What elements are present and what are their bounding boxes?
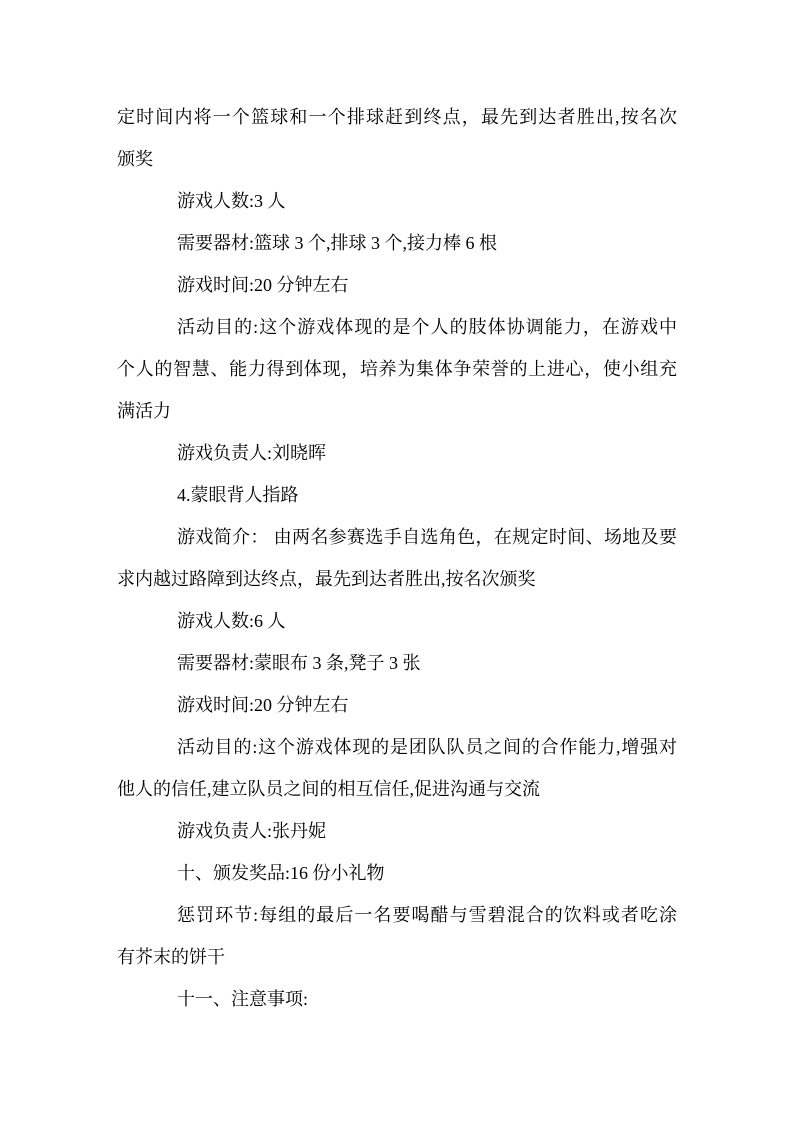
text-line: 游戏负责人:刘晓晖 <box>117 432 677 474</box>
text-line: 需要器材:篮球 3 个,排球 3 个,接力棒 6 根 <box>117 222 677 264</box>
text-line: 需要器材:蒙眼布 3 条,凳子 3 张 <box>117 642 677 684</box>
text-line: 游戏人数:6 人 <box>117 600 677 642</box>
text-line: 他人的信任,建立队员之间的相互信任,促进沟通与交流 <box>117 768 677 810</box>
text-line: 颁奖 <box>117 138 677 180</box>
text-line: 4.蒙眼背人指路 <box>117 474 677 516</box>
text-line: 满活力 <box>117 390 677 432</box>
text-line: 有芥末的饼干 <box>117 936 677 978</box>
text-line: 十、颁发奖品:16 份小礼物 <box>117 852 677 894</box>
text-line: 活动目的:这个游戏体现的是团队队员之间的合作能力,增强对 <box>117 726 677 768</box>
text-line: 活动目的:这个游戏体现的是个人的肢体协调能力，在游戏中 <box>117 306 677 348</box>
text-line: 游戏负责人:张丹妮 <box>117 810 677 852</box>
document-body: 定时间内将一个篮球和一个排球赶到终点，最先到达者胜出,按名次颁奖游戏人数:3 人… <box>117 96 677 1020</box>
text-line: 惩罚环节:每组的最后一名要喝醋与雪碧混合的饮料或者吃涂 <box>117 894 677 936</box>
text-line: 个人的智慧、能力得到体现，培养为集体争荣誉的上进心，使小组充 <box>117 348 677 390</box>
text-line: 游戏时间:20 分钟左右 <box>117 264 677 306</box>
document-page: 定时间内将一个篮球和一个排球赶到终点，最先到达者胜出,按名次颁奖游戏人数:3 人… <box>0 0 794 1123</box>
text-line: 十一、注意事项: <box>117 978 677 1020</box>
text-line: 游戏人数:3 人 <box>117 180 677 222</box>
text-line: 求内越过路障到达终点，最先到达者胜出,按名次颁奖 <box>117 558 677 600</box>
text-line: 定时间内将一个篮球和一个排球赶到终点，最先到达者胜出,按名次 <box>117 96 677 138</box>
text-line: 游戏时间:20 分钟左右 <box>117 684 677 726</box>
text-line: 游戏简介： 由两名参赛选手自选角色，在规定时间、场地及要 <box>117 516 677 558</box>
